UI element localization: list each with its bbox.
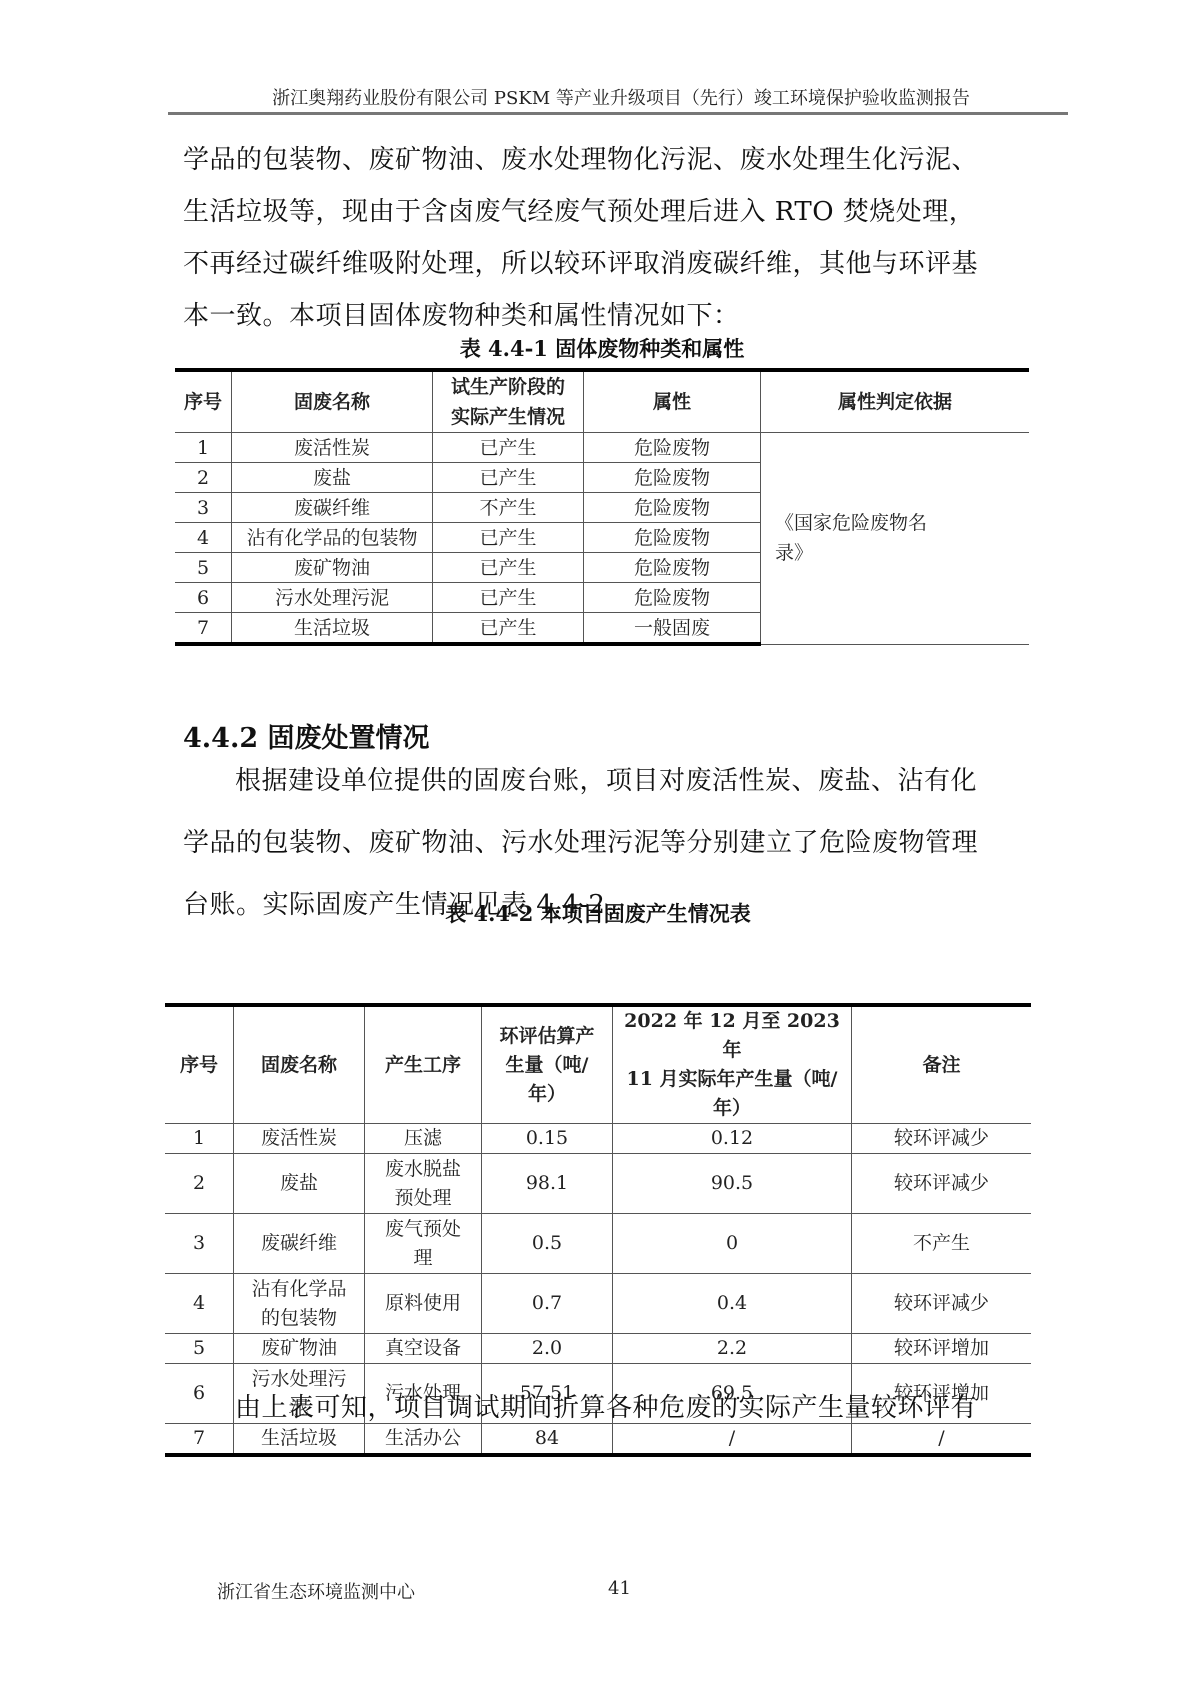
- cell-no: 3: [165, 1214, 234, 1274]
- cell-no: 5: [175, 553, 232, 583]
- header-line: 环评估算产: [484, 1022, 610, 1051]
- cell-status: 已产生: [433, 553, 584, 583]
- header-line: 11 月实际年产生量（吨/: [615, 1065, 849, 1094]
- cell-note: 较环评减少: [852, 1124, 1032, 1154]
- cell-no: 2: [175, 463, 232, 493]
- header-line: 年）: [484, 1080, 610, 1109]
- text-line: 不再经过碳纤维吸附处理，所以较环评取消废碳纤维，其他与环评基: [183, 238, 1033, 290]
- cell-attribute: 危险废物: [584, 463, 761, 493]
- header-divider: [168, 112, 1068, 115]
- cell-eia: 98.1: [482, 1154, 613, 1214]
- header-line: 实际产生情况: [435, 402, 581, 432]
- footer-organization: 浙江省生态环境监测中心: [217, 1578, 415, 1604]
- table1-caption: 表 4.4-1 固体废物种类和属性: [175, 333, 1029, 363]
- table-row: 2 废盐 废水脱盐 预处理 98.1 90.5 较环评减少: [165, 1154, 1031, 1214]
- cell-no: 5: [165, 1334, 234, 1364]
- cell-actual: 90.5: [613, 1154, 852, 1214]
- cell-line: 真空设备: [367, 1334, 479, 1363]
- cell-attribute: 危险废物: [584, 553, 761, 583]
- header-line: 2022 年 12 月至 2023 年: [615, 1007, 849, 1065]
- cell-name: 沾有化学品的包装物: [232, 523, 433, 553]
- cell-status: 已产生: [433, 433, 584, 463]
- cell-name: 废盐: [232, 463, 433, 493]
- cell-eia: 2.0: [482, 1334, 613, 1364]
- cell-line: 预处理: [367, 1184, 479, 1213]
- text-line: 根据建设单位提供的固废台账，项目对废活性炭、废盐、沾有化: [183, 750, 1033, 812]
- table-header-row: 序号 固废名称 产生工序 环评估算产 生量（吨/ 年） 2022 年 12 月至…: [165, 1005, 1031, 1124]
- col-header-process: 产生工序: [365, 1005, 482, 1124]
- cell-name: 废活性炭: [234, 1124, 365, 1154]
- cell-line: 的包装物: [236, 1304, 362, 1333]
- col-header-basis: 属性判定依据: [761, 370, 1030, 433]
- table2-caption: 表 4.4-2 本项目固废产生情况表: [165, 898, 1031, 928]
- cell-note: 较环评增加: [852, 1334, 1032, 1364]
- col-header-note: 备注: [852, 1005, 1032, 1124]
- cell-name: 废活性炭: [232, 433, 433, 463]
- cell-line: 原料使用: [367, 1289, 479, 1318]
- cell-actual: 0: [613, 1214, 852, 1274]
- cell-note: 较环评减少: [852, 1154, 1032, 1214]
- cell-basis: 《国家危险废物名 录》: [761, 433, 1030, 645]
- cell-line: 沾有化学品: [236, 1275, 362, 1304]
- cell-line: 废矿物油: [236, 1334, 362, 1363]
- col-header-no: 序号: [165, 1005, 234, 1124]
- cell-actual: 2.2: [613, 1334, 852, 1364]
- basis-line: 《国家危险废物名: [775, 508, 1027, 538]
- basis-line: 录》: [775, 538, 1027, 568]
- cell-no: 1: [165, 1124, 234, 1154]
- cell-attribute: 危险废物: [584, 493, 761, 523]
- cell-line: 废气预处: [367, 1215, 479, 1244]
- cell-eia: 0.7: [482, 1274, 613, 1334]
- table-header-row: 序号 固废名称 试生产阶段的 实际产生情况 属性 属性判定依据: [175, 370, 1029, 433]
- col-header-actual: 2022 年 12 月至 2023 年 11 月实际年产生量（吨/ 年）: [613, 1005, 852, 1124]
- cell-name: 沾有化学品 的包装物: [234, 1274, 365, 1334]
- cell-no: 7: [175, 613, 232, 645]
- text-line: 学品的包装物、废矿物油、废水处理物化污泥、废水处理生化污泥、: [183, 134, 1033, 186]
- cell-process: 废水脱盐 预处理: [365, 1154, 482, 1214]
- cell-line: 废碳纤维: [236, 1229, 362, 1258]
- cell-status: 不产生: [433, 493, 584, 523]
- closing-paragraph: 由上表可知，项目调试期间折算各种危废的实际产生量较环评有: [183, 1382, 1033, 1434]
- cell-status: 已产生: [433, 583, 584, 613]
- cell-process: 废气预处 理: [365, 1214, 482, 1274]
- cell-status: 已产生: [433, 613, 584, 645]
- cell-attribute: 一般固废: [584, 613, 761, 645]
- header-line: 年）: [615, 1094, 849, 1123]
- cell-status: 已产生: [433, 463, 584, 493]
- cell-actual: 0.4: [613, 1274, 852, 1334]
- table-row: 1 废活性炭 压滤 0.15 0.12 较环评减少: [165, 1124, 1031, 1154]
- cell-status: 已产生: [433, 523, 584, 553]
- cell-name: 废盐: [234, 1154, 365, 1214]
- col-header-name: 固废名称: [232, 370, 433, 433]
- cell-name: 污水处理污泥: [232, 583, 433, 613]
- cell-no: 6: [175, 583, 232, 613]
- header-line: 试生产阶段的: [435, 372, 581, 402]
- cell-line: 废水脱盐: [367, 1155, 479, 1184]
- col-header-attribute: 属性: [584, 370, 761, 433]
- cell-name: 废碳纤维: [234, 1214, 365, 1274]
- cell-name: 废碳纤维: [232, 493, 433, 523]
- cell-eia: 0.15: [482, 1124, 613, 1154]
- cell-name: 生活垃圾: [232, 613, 433, 645]
- cell-note: 不产生: [852, 1214, 1032, 1274]
- cell-no: 4: [165, 1274, 234, 1334]
- text-line: 由上表可知，项目调试期间折算各种危废的实际产生量较环评有: [183, 1382, 1033, 1434]
- solid-waste-attribute-table: 序号 固废名称 试生产阶段的 实际产生情况 属性 属性判定依据 1 废活性炭 已…: [175, 368, 1029, 646]
- cell-no: 4: [175, 523, 232, 553]
- cell-attribute: 危险废物: [584, 583, 761, 613]
- cell-process: 真空设备: [365, 1334, 482, 1364]
- table-row: 5 废矿物油 真空设备 2.0 2.2 较环评增加: [165, 1334, 1031, 1364]
- cell-name: 废矿物油: [232, 553, 433, 583]
- cell-process: 原料使用: [365, 1274, 482, 1334]
- cell-no: 2: [165, 1154, 234, 1214]
- cell-process: 压滤: [365, 1124, 482, 1154]
- col-header-name: 固废名称: [234, 1005, 365, 1124]
- cell-no: 3: [175, 493, 232, 523]
- cell-line: 废盐: [236, 1169, 362, 1198]
- col-header-status: 试生产阶段的 实际产生情况: [433, 370, 584, 433]
- cell-note: 较环评减少: [852, 1274, 1032, 1334]
- cell-eia: 0.5: [482, 1214, 613, 1274]
- header-line: 生量（吨/: [484, 1051, 610, 1080]
- table-row: 4 沾有化学品 的包装物 原料使用 0.7 0.4 较环评减少: [165, 1274, 1031, 1334]
- cell-no: 1: [175, 433, 232, 463]
- cell-actual: 0.12: [613, 1124, 852, 1154]
- col-header-no: 序号: [175, 370, 232, 433]
- page-number: 41: [608, 1578, 631, 1599]
- table-row: 3 废碳纤维 废气预处 理 0.5 0 不产生: [165, 1214, 1031, 1274]
- text-line: 生活垃圾等，现由于含卤废气经废气预处理后进入 RTO 焚烧处理，: [183, 186, 1033, 238]
- col-header-eia-estimate: 环评估算产 生量（吨/ 年）: [482, 1005, 613, 1124]
- cell-name: 废矿物油: [234, 1334, 365, 1364]
- intro-paragraph: 学品的包装物、废矿物油、废水处理物化污泥、废水处理生化污泥、 生活垃圾等，现由于…: [183, 134, 1033, 342]
- text-line: 学品的包装物、废矿物油、污水处理污泥等分别建立了危险废物管理: [183, 812, 1033, 874]
- cell-attribute: 危险废物: [584, 523, 761, 553]
- cell-line: 压滤: [367, 1124, 479, 1153]
- cell-attribute: 危险废物: [584, 433, 761, 463]
- table-row: 1 废活性炭 已产生 危险废物 《国家危险废物名 录》: [175, 433, 1029, 463]
- cell-line: 废活性炭: [236, 1124, 362, 1153]
- cell-line: 理: [367, 1244, 479, 1273]
- page-header-title: 浙江奥翔药业股份有限公司 PSKM 等产业升级项目（先行）竣工环境保护验收监测报…: [178, 84, 1064, 110]
